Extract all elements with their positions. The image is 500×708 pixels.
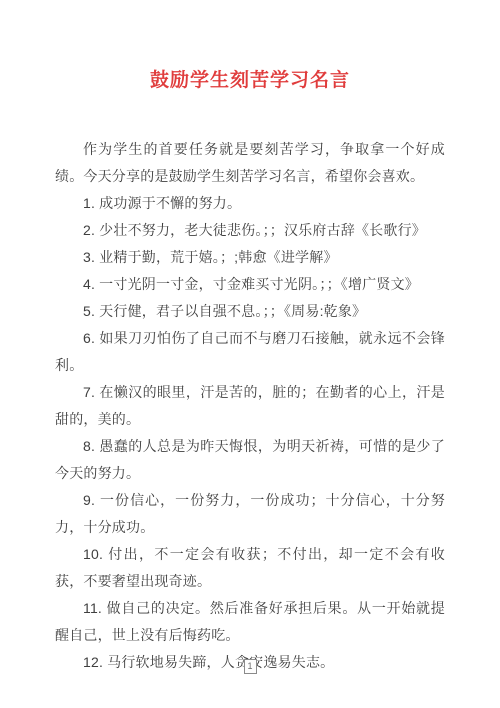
page-footer: 1 bbox=[0, 656, 500, 674]
quote-item: 1. 成功源于不懈的努力。 bbox=[55, 190, 445, 217]
quote-item: 8. 愚蠢的人总是为昨天悔恨，为明天祈祷，可惜的是少了今天的努力。 bbox=[55, 433, 445, 487]
quote-item: 6. 如果刀刃怕伤了自己而不与磨刀石接触，就永远不会锋利。 bbox=[55, 325, 445, 379]
quote-item: 11. 做自己的决定。然后准备好承担后果。从一开始就提醒自己，世上没有后悔药吃。 bbox=[55, 595, 445, 649]
quote-item: 10. 付出，不一定会有收获；不付出，却一定不会有收获，不要奢望出现奇迹。 bbox=[55, 541, 445, 595]
quote-item: 3. 业精于勤，荒于嬉。；;韩愈《进学解》 bbox=[55, 244, 445, 271]
quote-item: 9. 一份信心，一份努力，一份成功；十分信心，十分努力，十分成功。 bbox=[55, 487, 445, 541]
intro-paragraph: 作为学生的首要任务就是要刻苦学习，争取拿一个好成绩。今天分享的是鼓励学生刻苦学习… bbox=[55, 136, 445, 190]
quote-item: 7. 在懒汉的眼里，汗是苦的，脏的；在勤者的心上，汗是甜的，美的。 bbox=[55, 379, 445, 433]
page-number: 1 bbox=[244, 659, 257, 674]
quote-item: 5. 天行健，君子以自强不息。；；《周易:乾象》 bbox=[55, 298, 445, 325]
document-page: 鼓励学生刻苦学习名言 作为学生的首要任务就是要刻苦学习，争取拿一个好成绩。今天分… bbox=[0, 0, 500, 708]
quote-item: 4. 一寸光阴一寸金，寸金难买寸光阴。；；《增广贤文》 bbox=[55, 271, 445, 298]
page-title: 鼓励学生刻苦学习名言 bbox=[55, 68, 445, 94]
quote-item: 2. 少壮不努力，老大徒悲伤。；；汉乐府古辞《长歌行》 bbox=[55, 217, 445, 244]
